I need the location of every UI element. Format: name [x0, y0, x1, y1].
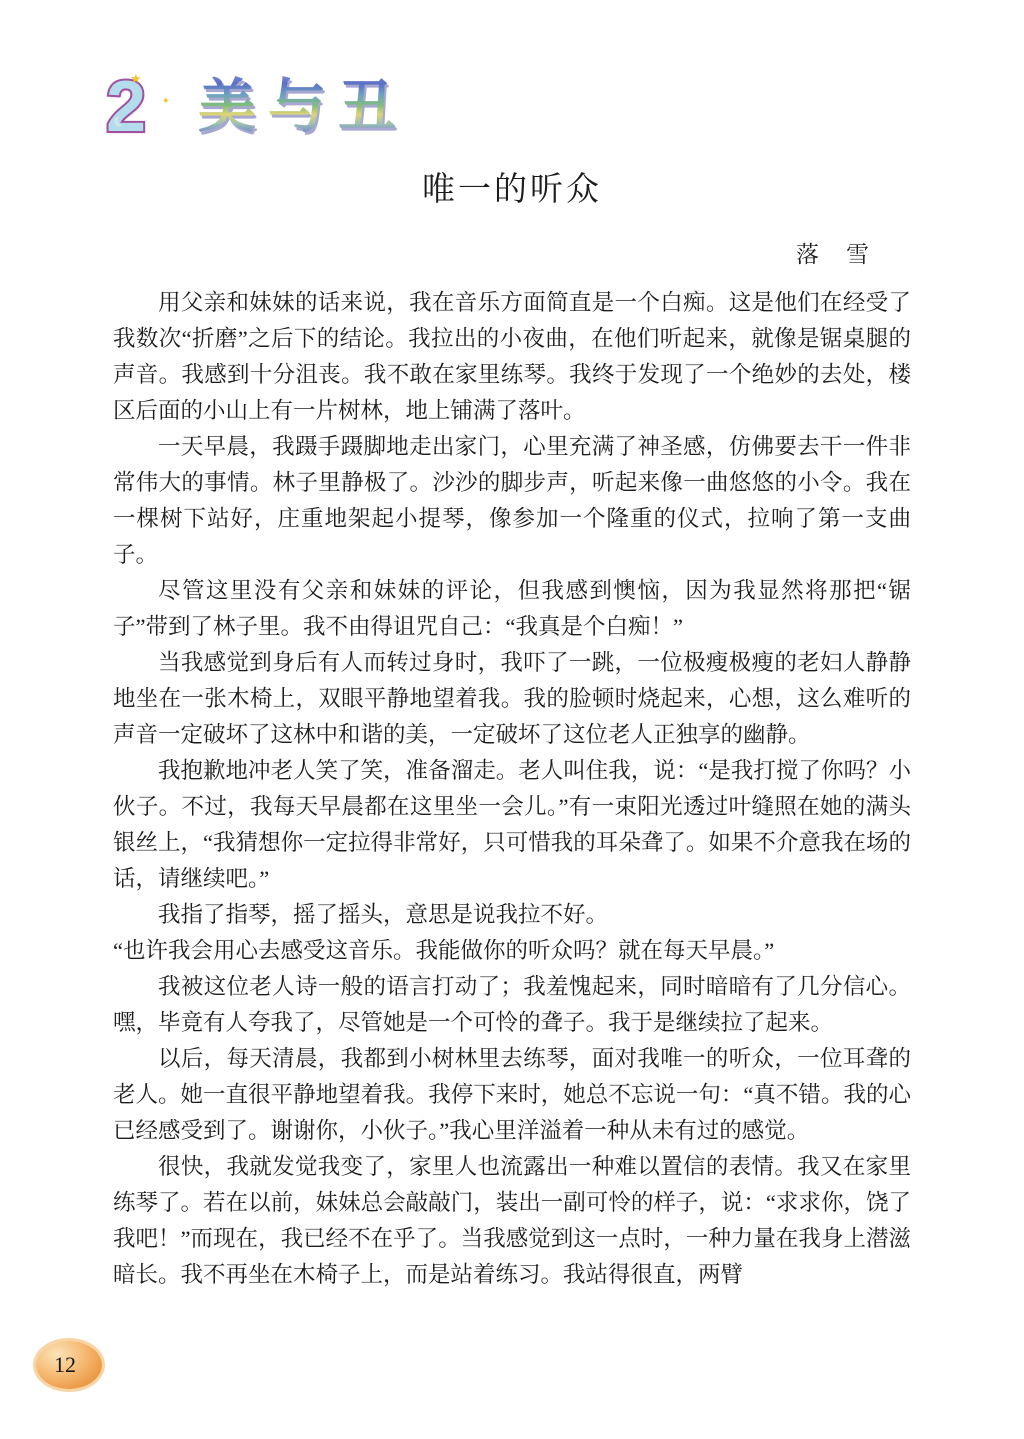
paragraph-4: 当我感觉到身后有人而转过身时，我吓了一跳，一位极瘦极瘦的老妇人静静地坐在一张木椅…: [113, 645, 911, 753]
paragraph-5: 我抱歉地冲老人笑了笑，准备溜走。老人叫住我，说：“是我打搅了你吗？小伙子。不过，…: [113, 753, 911, 897]
paragraph-2: 一天早晨，我蹑手蹑脚地走出家门，心里充满了神圣感，仿佛要去干一件非常伟大的事情。…: [113, 429, 911, 573]
paragraph-1: 用父亲和妹妹的话来说，我在音乐方面简直是一个白痴。这是他们在经受了我数次“折磨”…: [113, 285, 911, 429]
unit-number-badge: 2 ★ ✦ ☾: [106, 70, 172, 144]
author-name: 落 雪: [113, 236, 871, 269]
paragraph-6: 我指了指琴，摇了摇头，意思是说我拉不好。: [113, 897, 911, 933]
page-number-badge: 12: [36, 1341, 102, 1389]
unit-title: 美与丑: [198, 70, 408, 144]
star-icon: ✦: [162, 96, 170, 107]
lesson-title: 唯一的听众: [113, 163, 911, 210]
lesson-body: 用父亲和妹妹的话来说，我在音乐方面简直是一个白痴。这是他们在经受了我数次“折磨”…: [113, 285, 911, 1293]
unit-header: 2 ★ ✦ ☾ 美与丑: [106, 70, 408, 144]
page-number: 12: [54, 1352, 76, 1378]
unit-number: 2: [106, 67, 146, 147]
lesson-page: 唯一的听众 落 雪 用父亲和妹妹的话来说，我在音乐方面简直是一个白痴。这是他们在…: [113, 163, 911, 1293]
paragraph-8: 我被这位老人诗一般的语言打动了；我羞愧起来，同时暗暗有了几分信心。嘿，毕竟有人夸…: [113, 969, 911, 1041]
paragraph-10: 很快，我就发觉我变了，家里人也流露出一种难以置信的表情。我又在家里练琴了。若在以…: [113, 1149, 911, 1293]
paragraph-3: 尽管这里没有父亲和妹妹的评论，但我感到懊恼，因为我显然将那把“锯子”带到了林子里…: [113, 573, 911, 645]
paragraph-9: 以后，每天清晨，我都到小树林里去练琴，面对我唯一的听众，一位耳聋的老人。她一直很…: [113, 1041, 911, 1149]
paragraph-7: “也许我会用心去感受这音乐。我能做你的听众吗？就在每天早晨。”: [113, 933, 911, 969]
